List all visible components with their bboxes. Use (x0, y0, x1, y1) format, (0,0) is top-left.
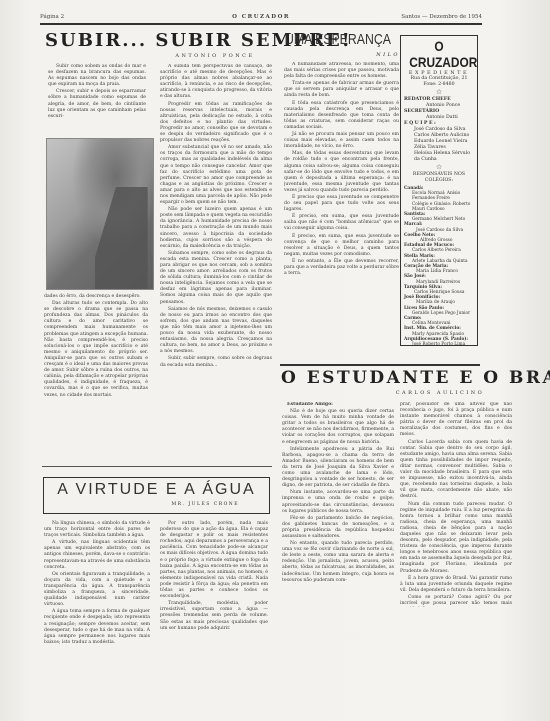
virtude-headline-box: A VIRTUDE E A ÁGUA MR. JULES CRONE (43, 477, 270, 514)
subir-column-1-bottom: dades do êrro, da descrença e desespêro.… (44, 294, 148, 400)
esperanca-headline: UMA ESPERANÇA (285, 31, 383, 48)
staff-secretario: SECRETÁRIO Antonio Datti (404, 109, 474, 121)
subir-headline: SUBIR... SUBIR SEMPRE! (45, 31, 260, 51)
staff-redator: REDATOR CHEFE Antonio Ponce (404, 97, 474, 109)
estudante-column-2: prar, possuidor de uma altivez que não r… (400, 402, 512, 607)
section-divider-left (42, 466, 272, 467)
virtude-column-2: Por outro lado, porém, nada mais poderos… (160, 521, 268, 633)
photo-girl-climbing-stairs (46, 138, 154, 290)
estudante-column-1: Estudante Amigo: Não é de hoje que eu qu… (282, 402, 394, 607)
estudante-byline: CARLOS AULICINO (390, 390, 490, 396)
section-divider (280, 364, 480, 366)
virtude-headline: A VIRTUDE E A ÁGUA (44, 481, 269, 499)
photo-shadow (95, 187, 148, 289)
estudante-headline: O ESTUDANTE E O BRASIL (281, 369, 481, 388)
staff-equipe: EQUIPE: José Cardoso da Silva Carlos Alb… (404, 121, 474, 163)
masthead-rule (40, 23, 482, 25)
colegios-list: Canadá: Escola Normal: Anísio Fernandes … (404, 186, 474, 346)
expediente-box: O CRUZADOR EXPEDIENTE Rua da Constituiçã… (400, 35, 478, 346)
esperanca-text: A humanidade atravessa, no momento, uma … (284, 62, 399, 340)
subir-byline: ANTONIO PONCE (150, 53, 280, 59)
newspaper-page: Página 2 O CRUZADOR Santos — Dezembro de… (0, 0, 550, 721)
star-icon: ☆ (404, 88, 474, 97)
virtude-byline: MR. JULES CRONE (172, 502, 239, 507)
virtude-column-1: Na língua chinesa, o símbolo da virtude … (44, 521, 150, 647)
subir-column-1-top: Subir como sobem as ondas do mar e se de… (48, 64, 146, 121)
star-icon: ☆ (404, 163, 474, 172)
location-date: Santos — Dezembro de 1954 (401, 14, 482, 20)
responsaveis-title: RESPONSÁVEIS NOS COLÉGIOS: (404, 172, 474, 184)
esperanca-byline: NILO (350, 52, 400, 58)
expediente-title: O CRUZADOR (409, 38, 469, 70)
subir-column-2: A subida tem perspectivas de cansaço, de… (160, 64, 272, 374)
